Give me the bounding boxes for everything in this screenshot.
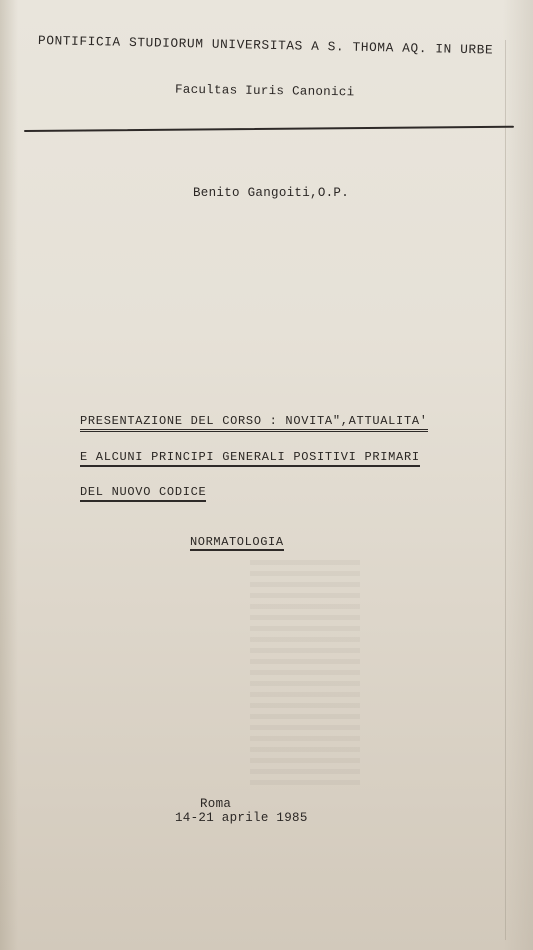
title-line: E ALCUNI PRINCIPI GENERALI POSITIVI PRIM… [80,449,420,467]
author-name: Benito Gangoiti,O.P. [193,186,349,200]
document-page: PONTIFICIA STUDIORUM UNIVERSITAS A S. TH… [0,0,533,950]
institution-heading: PONTIFICIA STUDIORUM UNIVERSITAS A S. TH… [38,33,494,58]
dates: 14-21 aprile 1985 [175,811,308,825]
place: Roma [200,797,231,811]
course-title: PRESENTAZIONE DEL CORSO : NOVITA",ATTUAL… [80,413,428,519]
bleed-through-text [250,560,360,790]
faculty-heading: Facultas Iuris Canonici [175,83,355,100]
subject-heading: NORMATOLOGIA [190,535,284,551]
header-rule [24,126,514,132]
paper-edge [505,40,506,940]
title-line: PRESENTAZIONE DEL CORSO : NOVITA",ATTUAL… [80,413,428,432]
title-line: DEL NUOVO CODICE [80,484,206,502]
